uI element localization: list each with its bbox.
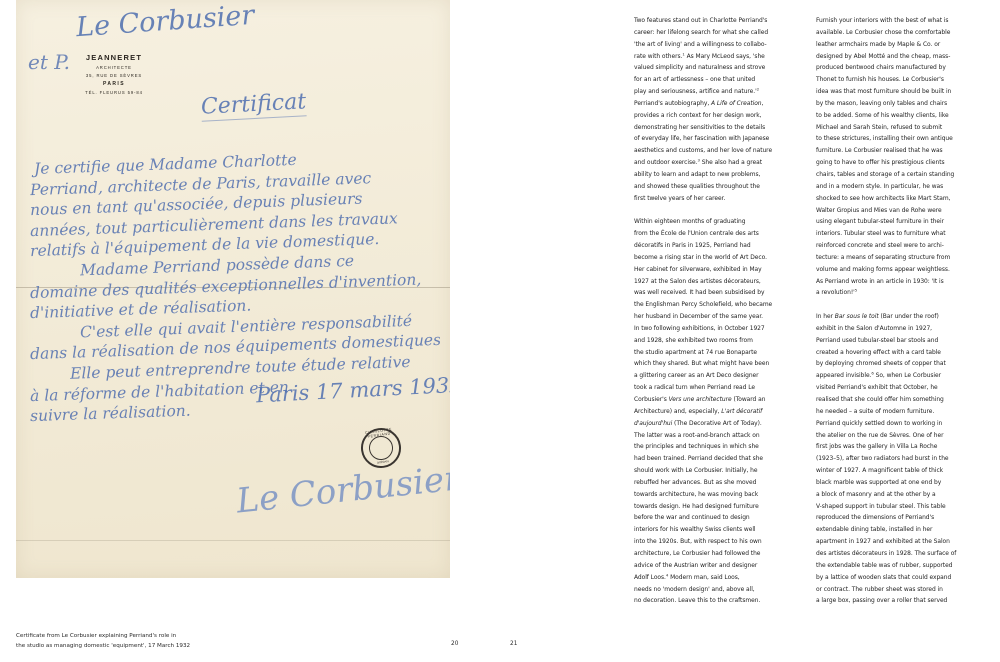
text-line: a glittering career as an Art Deco desig… — [634, 370, 817, 382]
text-line: tecture: a means of separating structure… — [816, 252, 999, 264]
text-line: career: her lifelong search for what she… — [634, 27, 817, 39]
text-line: Michael and Sarah Stein, refused to subm… — [816, 122, 999, 134]
certificate-image: Le Corbusier et P. JEANNERET ARCHITECTE … — [16, 0, 450, 578]
caption-line: Certificate from Le Corbusier explaining… — [16, 632, 276, 642]
text-line: become a rising star in the world of Art… — [634, 252, 817, 264]
text-line: 1927 at the Salon des artistes décorateu… — [634, 276, 817, 288]
text-line: which they shared. But what might have b… — [634, 358, 817, 370]
text-line: Within eighteen months of graduating — [634, 216, 817, 228]
text-line: had been trained. Perriand decided that … — [634, 453, 817, 465]
text-line: visited Perriand's exhibit that October,… — [816, 382, 999, 394]
text-line: produced bentwood chairs manufactured by — [816, 62, 999, 74]
text-line: towards architecture, he was moving back — [634, 489, 817, 501]
text-line: the atelier on the rue de Sèvres. One of… — [816, 430, 999, 442]
text-line: Furnish your interiors with the best of … — [816, 15, 999, 27]
text-line: Perriand quickly settled down to working… — [816, 418, 999, 430]
paragraph: In her Bar sous le toit (Bar under the r… — [816, 311, 999, 607]
text-line: should work with Le Corbusier. Initially… — [634, 465, 817, 477]
text-line: Adolf Loos.4 Modern man, said Loos, — [634, 572, 817, 584]
text-line: by the mason, leaving only tables and ch… — [816, 98, 999, 110]
text-line: winter of 1927. A magnificent table of t… — [816, 465, 999, 477]
letterhead-phone: TÉL. FLEURUS 59-84 — [74, 91, 154, 95]
letterhead-address: 35, RUE DE SÈVRES — [74, 74, 154, 78]
book-spread: Le Corbusier et P. JEANNERET ARCHITECTE … — [0, 0, 1000, 662]
text-line: using elegant tubular-steel furniture in… — [816, 216, 999, 228]
text-line: was well received. It had been subsidise… — [634, 287, 817, 299]
handwritten-title: Certificat — [200, 89, 306, 121]
text-line: ability to learn and adapt to new proble… — [634, 169, 817, 181]
text-line: a large box, passing over a roller that … — [816, 595, 999, 607]
text-line: provides a rich context for her design w… — [634, 110, 817, 122]
text-line: exhibit in the Salon d'Automne in 1927, — [816, 323, 999, 335]
text-line: needs no 'modern design' and, above all, — [634, 584, 817, 596]
text-line: As Perriand wrote in an article in 1930:… — [816, 276, 999, 288]
text-line: from the École de l'Union centrale des a… — [634, 228, 817, 240]
text-line: aesthetics and customs, and her love of … — [634, 145, 817, 157]
text-line: the studio apartment at 74 rue Bonaparte — [634, 347, 817, 359]
text-line: architecture, Le Corbusier had followed … — [634, 548, 817, 560]
text-line: Two features stand out in Charlotte Perr… — [634, 15, 817, 27]
text-line: demonstrating her sensitivities to the d… — [634, 122, 817, 134]
text-line: no decoration. Leave this to the craftsm… — [634, 595, 817, 607]
text-line: reinforced concrete and steel were to ar… — [816, 240, 999, 252]
text-line: by deploying chromed sheets of copper th… — [816, 358, 999, 370]
footnote-marker: 6 — [871, 371, 873, 376]
text-line: interiors. Tubular steel was to furnitur… — [816, 228, 999, 240]
text-line: V-shaped support in tubular steel. This … — [816, 501, 999, 513]
text-line: Perriand's autobiography, A Life of Crea… — [634, 98, 817, 110]
text-line: realised that she could offer him someth… — [816, 394, 999, 406]
text-line: a block of masonry and at the other by a — [816, 489, 999, 501]
text-line: shocked to see how architects like Mart … — [816, 193, 999, 205]
text-line: Thonet to furnish his houses. Le Corbusi… — [816, 74, 999, 86]
text-line: furniture. Le Corbusier realised that he… — [816, 145, 999, 157]
text-line: of everyday life, her fascination with J… — [634, 133, 817, 145]
text-line: and outdoor exercise.3 She also had a gr… — [634, 157, 817, 169]
text-line: first jobs was the gallery in Villa La R… — [816, 441, 999, 453]
text-line: interiors for his wealthy Swiss clients … — [634, 524, 817, 536]
text-line: he needed – a suite of modern furniture. — [816, 406, 999, 418]
text-line: In two following exhibitions, in October… — [634, 323, 817, 335]
text-line: rate with others.1 As Mary McLeod says, … — [634, 51, 817, 63]
text-line: extendable dining table, installed in he… — [816, 524, 999, 536]
text-line: 'the art of living' and a willingness to… — [634, 39, 817, 51]
text-line: In her Bar sous le toit (Bar under the r… — [816, 311, 999, 323]
text-line: des artistes décorateurs in 1928. The su… — [816, 548, 999, 560]
footnote-marker: 4 — [666, 572, 668, 577]
text-line: a revolution!'5 — [816, 287, 999, 299]
text-line: play and seriousness, artifice and natur… — [634, 86, 817, 98]
letterhead-city: PARIS — [74, 82, 154, 87]
text-line: available. Le Corbusier chose the comfor… — [816, 27, 999, 39]
paragraph: Within eighteen months of graduatingfrom… — [634, 216, 817, 607]
text-line: advice of the Austrian writer and design… — [634, 560, 817, 572]
text-line: the principles and techniques in which s… — [634, 441, 817, 453]
text-line: towards design. He had designed furnitur… — [634, 501, 817, 513]
page-number-right: 21 — [510, 641, 517, 647]
text-line: the Englishman Percy Scholefield, who be… — [634, 299, 817, 311]
text-line: Perriand used tubular-steel bar stools a… — [816, 335, 999, 347]
image-caption: Certificate from Le Corbusier explaining… — [16, 632, 276, 651]
handwritten-signature-bottom: Le Corbusier — [235, 458, 450, 521]
footnote-marker: 1 — [682, 51, 684, 56]
text-line: to these strictures, installing their ow… — [816, 133, 999, 145]
text-line: created a hovering effect with a card ta… — [816, 347, 999, 359]
paragraph: Furnish your interiors with the best of … — [816, 15, 999, 299]
text-line: chairs, tables and storage of a certain … — [816, 169, 999, 181]
text-line: rebuffed her advances. But as she moved — [634, 477, 817, 489]
page-number-left: 20 — [451, 641, 458, 647]
text-line: black marble was supported at one end by — [816, 477, 999, 489]
text-line: The latter was a root-and-branch attack … — [634, 430, 817, 442]
text-line: and 1928, she exhibited two rooms from — [634, 335, 817, 347]
letterhead-name: JEANNERET — [74, 54, 154, 62]
text-line: first twelve years of her career. — [634, 193, 817, 205]
text-line: Architecture) and, especially, L'art déc… — [634, 406, 817, 418]
text-line: into the 1920s. But, with respect to his… — [634, 536, 817, 548]
text-line: Corbusier's Vers une architecture (Towar… — [634, 394, 817, 406]
handwritten-signature-top: Le Corbusier — [75, 0, 255, 43]
text-line: (1923–5), after two radiators had burst … — [816, 453, 999, 465]
footnote-marker: 5 — [855, 288, 857, 293]
text-line: her husband in December of the same year… — [634, 311, 817, 323]
text-line: décoratifs in Paris in 1925, Perriand ha… — [634, 240, 817, 252]
text-line: to be added. Some of his wealthy clients… — [816, 110, 999, 122]
text-line: idea was that most furniture should be b… — [816, 86, 999, 98]
text-line: took a radical turn when Perriand read L… — [634, 382, 817, 394]
text-column-2: Furnish your interiors with the best of … — [816, 15, 999, 607]
text-line: volume and making forms appear weightles… — [816, 264, 999, 276]
text-line: or contract. The rubber sheet was stored… — [816, 584, 999, 596]
letterhead: JEANNERET ARCHITECTE 35, RUE DE SÈVRES P… — [74, 54, 154, 99]
text-line: and showed these qualities throughout th… — [634, 181, 817, 193]
text-line: valued simplicity and naturalness and st… — [634, 62, 817, 74]
text-line: leather armchairs made by Maple & Co. or — [816, 39, 999, 51]
text-line: Her cabinet for silverware, exhibited in… — [634, 264, 817, 276]
text-line: d'aujourd'hui (The Decorative Art of Tod… — [634, 418, 817, 430]
text-line: by a lattice of wooden slats that could … — [816, 572, 999, 584]
handwritten-initials: et P. — [28, 50, 70, 74]
stamp-inner-ring — [367, 434, 394, 461]
text-line: appeared invisible.6 So, when Le Corbusi… — [816, 370, 999, 382]
text-line: apartment in 1927 and exhibited at the S… — [816, 536, 999, 548]
text-column-1: Two features stand out in Charlotte Perr… — [634, 15, 817, 607]
paragraph: Two features stand out in Charlotte Perr… — [634, 15, 817, 205]
footnote-marker: 2 — [757, 86, 759, 91]
letterhead-profession: ARCHITECTE — [74, 66, 154, 70]
text-line: Walter Gropius and Mies van de Rohe were — [816, 205, 999, 217]
caption-line: the studio as managing domestic 'equipme… — [16, 642, 276, 652]
text-line: the extendable table was of rubber, supp… — [816, 560, 999, 572]
text-line: going to have to offer his prestigious c… — [816, 157, 999, 169]
text-line: and in a modern style. In particular, he… — [816, 181, 999, 193]
footnote-marker: 3 — [698, 158, 700, 163]
text-line: for an art of artlessness – one that uni… — [634, 74, 817, 86]
paper-fold-line — [16, 540, 450, 541]
text-line: before the war and continued to design — [634, 512, 817, 524]
text-line: designed by Abel Motté and the cheap, ma… — [816, 51, 999, 63]
text-line: reproduced the dimensions of Perriand's — [816, 512, 999, 524]
